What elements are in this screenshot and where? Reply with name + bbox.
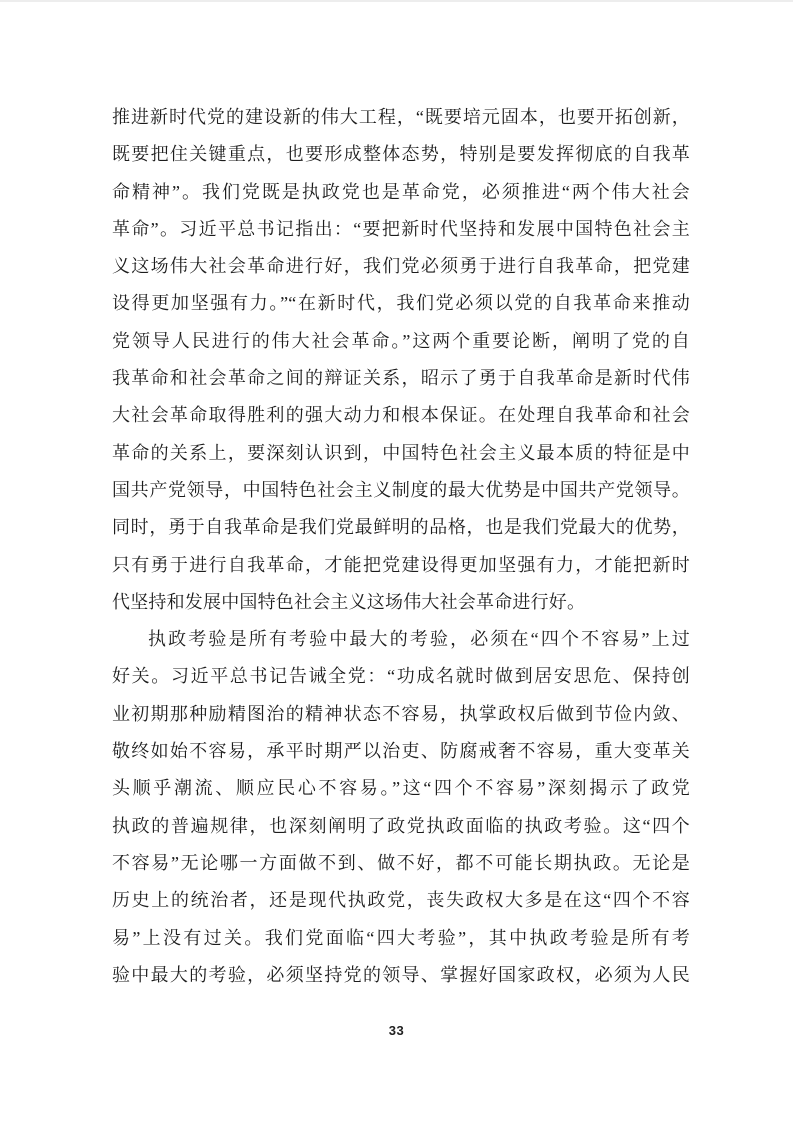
text-line: 推进新时代党的建设新的伟大工程，“既要培元固本，也要开拓创新， bbox=[112, 99, 690, 136]
text-line: 设得更加坚强有力。”“在新时代，我们党必须以党的自我革命来推动 bbox=[112, 285, 690, 322]
text-line: 革命的关系上，要深刻认识到，中国特色社会主义最本质的特征是中 bbox=[112, 435, 690, 472]
text-line: 历史上的统治者，还是现代执政党，丧失政权大多是在这“四个不容 bbox=[112, 882, 690, 919]
text-line: 我革命和社会革命之间的辩证关系，昭示了勇于自我革命是新时代伟 bbox=[112, 360, 690, 397]
text-line: 同时，勇于自我革命是我们党最鲜明的品格，也是我们党最大的优势， bbox=[112, 509, 690, 546]
text-line: 头顺乎潮流、顺应民心不容易。”这“四个不容易”深刻揭示了政党 bbox=[112, 770, 690, 807]
text-line: 敬终如始不容易，承平时期严以治吏、防腐戒奢不容易，重大变革关 bbox=[112, 733, 690, 770]
text-line: 执政考验是所有考验中最大的考验，必须在“四个不容易”上过 bbox=[112, 621, 690, 658]
body-text: 推进新时代党的建设新的伟大工程，“既要培元固本，也要开拓创新，既要把住关键重点，… bbox=[112, 99, 690, 994]
text-line: 代坚持和发展中国特色社会主义这场伟大社会革命进行好。 bbox=[112, 584, 690, 621]
text-line: 命精神”。我们党既是执政党也是革命党，必须推进“两个伟大社会 bbox=[112, 174, 690, 211]
text-line: 既要把住关键重点，也要形成整体态势，特别是要发挥彻底的自我革 bbox=[112, 136, 690, 173]
text-line: 易”上没有过关。我们党面临“四大考验”，其中执政考验是所有考 bbox=[112, 920, 690, 957]
text-line: 业初期那种励精图治的精神状态不容易，执掌政权后做到节俭内敛、 bbox=[112, 696, 690, 733]
document-page: 推进新时代党的建设新的伟大工程，“既要培元固本，也要开拓创新，既要把住关键重点，… bbox=[0, 0, 793, 1122]
text-line: 义这场伟大社会革命进行好，我们党必须勇于进行自我革命，把党建 bbox=[112, 248, 690, 285]
text-line: 只有勇于进行自我革命，才能把党建设得更加坚强有力，才能把新时 bbox=[112, 547, 690, 584]
text-line: 好关。习近平总书记告诫全党：“功成名就时做到居安思危、保持创 bbox=[112, 658, 690, 695]
text-line: 不容易”无论哪一方面做不到、做不好，都不可能长期执政。无论是 bbox=[112, 845, 690, 882]
text-line: 革命”。习近平总书记指出：“要把新时代坚持和发展中国特色社会主 bbox=[112, 211, 690, 248]
text-line: 大社会革命取得胜利的强大动力和根本保证。在处理自我革命和社会 bbox=[112, 397, 690, 434]
text-line: 国共产党领导，中国特色社会主义制度的最大优势是中国共产党领导。 bbox=[112, 472, 690, 509]
page-number: 33 bbox=[0, 1023, 793, 1038]
paragraph: 推进新时代党的建设新的伟大工程，“既要培元固本，也要开拓创新，既要把住关键重点，… bbox=[112, 99, 690, 621]
text-line: 党领导人民进行的伟大社会革命。”这两个重要论断，阐明了党的自 bbox=[112, 323, 690, 360]
text-line: 执政的普遍规律，也深刻阐明了政党执政面临的执政考验。这“四个 bbox=[112, 808, 690, 845]
paragraph: 执政考验是所有考验中最大的考验，必须在“四个不容易”上过好关。习近平总书记告诫全… bbox=[112, 621, 690, 994]
text-line: 验中最大的考验，必须坚持党的领导、掌握好国家政权，必须为人民 bbox=[112, 957, 690, 994]
